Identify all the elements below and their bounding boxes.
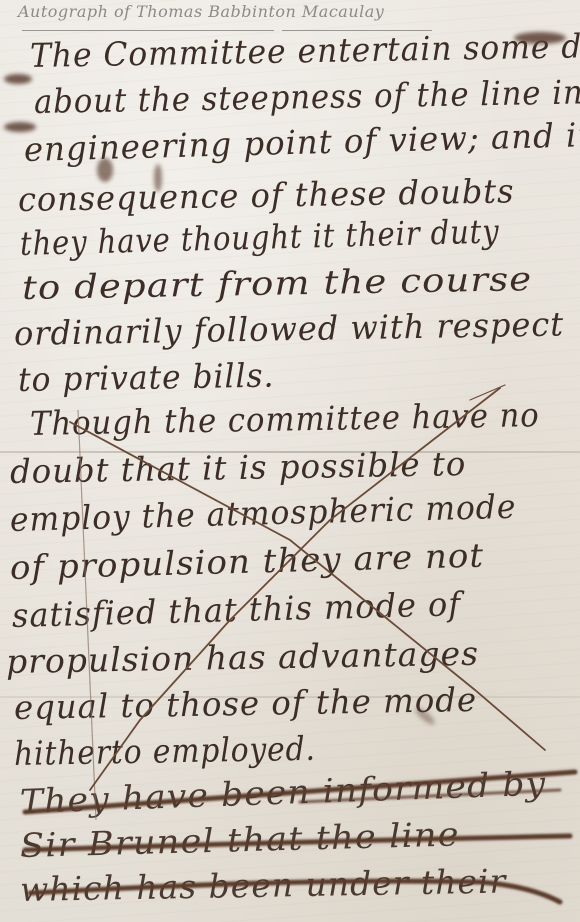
vertical-margin-line — [78, 410, 96, 820]
strikethrough-lines — [25, 772, 575, 902]
manuscript-page: Autograph of Thomas Babbinton Macaulay T… — [0, 0, 580, 922]
cross-out-x — [70, 385, 545, 790]
ink-smudge-marks — [4, 32, 566, 727]
ink-marks-overlay — [0, 0, 580, 922]
